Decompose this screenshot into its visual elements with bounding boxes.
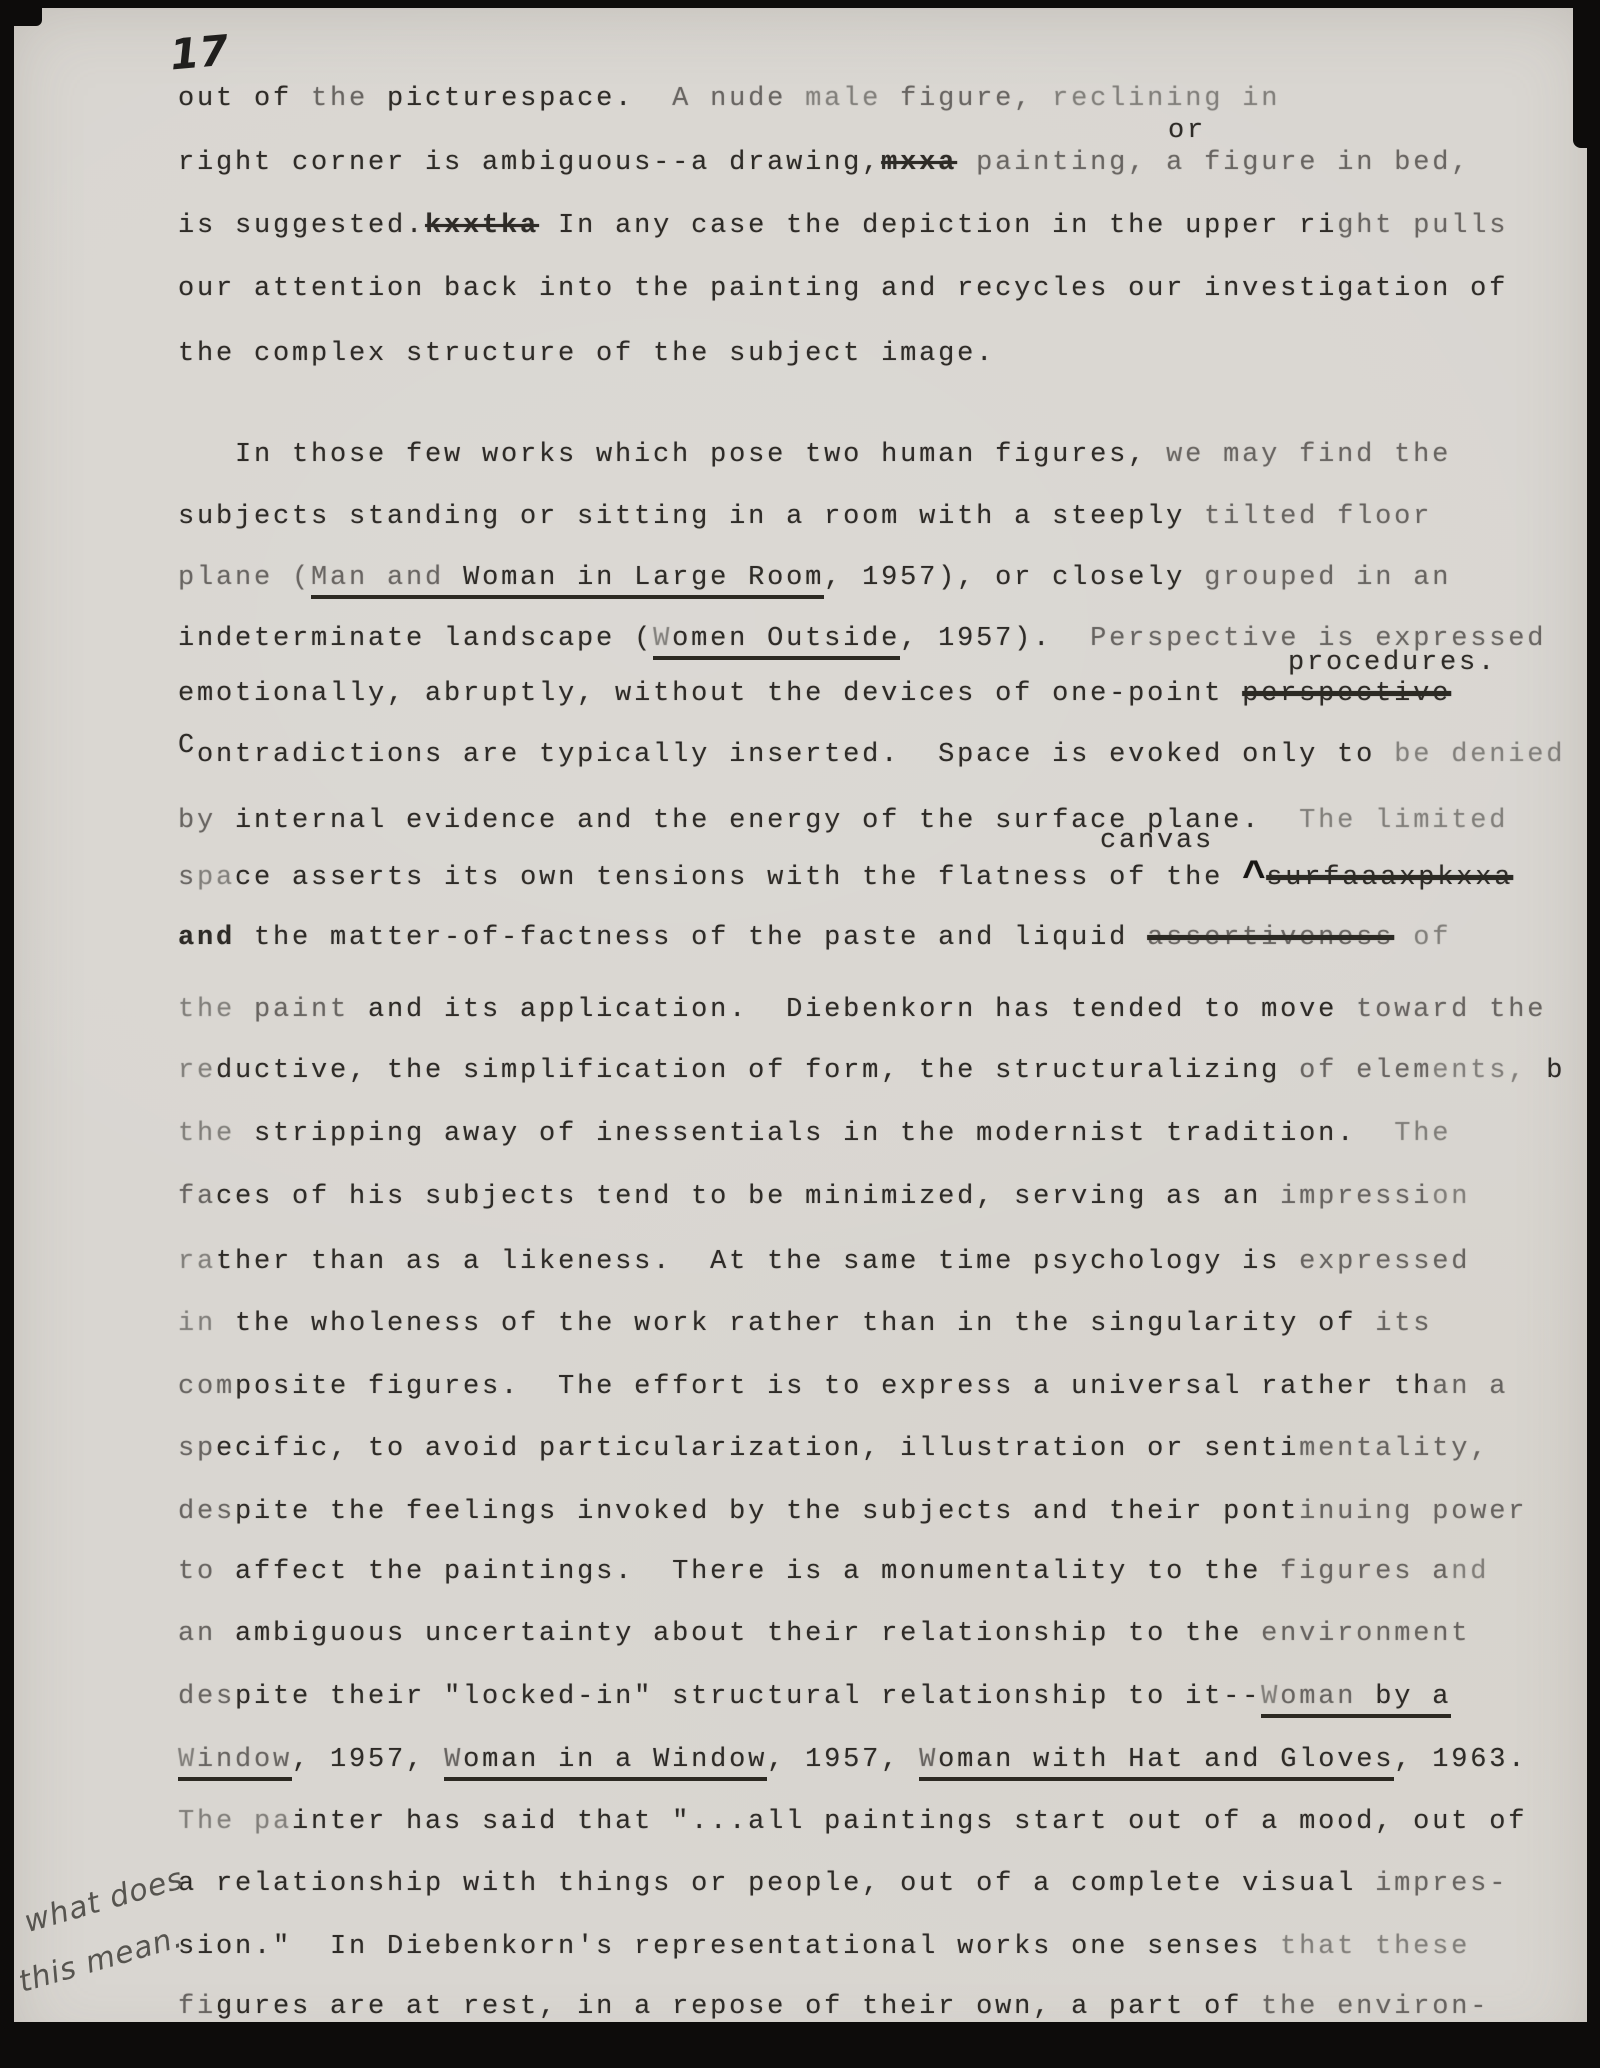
typed-segment: figures a [1280, 1557, 1451, 1587]
typed-line: the paint and its application. Diebenkor… [178, 995, 1546, 1025]
typed-segment: figure, [900, 84, 1052, 114]
typed-segment: In those few works which pose two human … [235, 440, 1166, 470]
typed-line: despite the feelings invoked by the subj… [178, 1497, 1527, 1527]
margin-note: what does this mean. [18, 1852, 206, 2005]
typed-segment: W [919, 1745, 938, 1781]
scan-border-bottom [0, 2022, 1600, 2068]
typed-segment: ductive, the simplification of form, the… [216, 1056, 1299, 1086]
typed-segment: s [178, 863, 197, 893]
typed-segment: the environ- [1261, 1992, 1489, 2022]
typed-segment: canvas [1100, 826, 1214, 856]
page-number: 17 [168, 26, 231, 80]
typed-segment: impressi [1280, 1182, 1432, 1212]
typed-segment: an a [1432, 1372, 1508, 1402]
typed-segment: W [1261, 1682, 1280, 1718]
typed-segment: W [444, 1745, 463, 1781]
typed-segment: and [178, 923, 235, 953]
typed-segment: re [178, 1056, 216, 1086]
typed-segment: stripping away of inessentials in the mo… [235, 1119, 1394, 1149]
typed-segment: In any case the depiction in the upper r… [539, 211, 1337, 241]
typed-segment: ther than as a likeness. At the same tim… [216, 1247, 1299, 1277]
typed-segment: , 1963. [1394, 1745, 1527, 1775]
scan-corner-top-left [0, 0, 42, 26]
typed-segment: The [178, 1807, 254, 1837]
typed-line: an ambiguous uncertainty about their rel… [178, 1619, 1470, 1649]
typed-segment: the [311, 84, 387, 114]
typed-segment: the complex structure of the subject ima… [178, 339, 995, 369]
typed-segment: pite the feelings invoked by the subject… [235, 1497, 1299, 1527]
typed-segment: assertiveness [1147, 923, 1394, 953]
typed-line: reductive, the simplification of form, t… [178, 1056, 1565, 1086]
typed-segment: affect the paintings. There is a monumen… [216, 1557, 1280, 1587]
typed-segment: toward the [1356, 995, 1546, 1025]
typed-line: and the matter-of-factness of the paste … [178, 923, 1451, 953]
typed-segment: paint [254, 995, 349, 1025]
typed-line: the stripping away of inessentials in th… [178, 1119, 1451, 1149]
typed-segment: fi [178, 1992, 216, 2022]
typed-segment: indow [197, 1745, 292, 1781]
typed-segment: sion." In Diebenkorn's representational … [178, 1932, 1280, 1962]
typed-segment: W [178, 1745, 197, 1781]
typed-segment: C [178, 731, 197, 761]
typed-segment: sp [178, 1434, 216, 1464]
typed-segment: to [178, 1557, 216, 1587]
typed-segment: inter has said that "...all paintings st… [292, 1807, 1527, 1837]
typed-segment: tilted floor [1204, 502, 1432, 532]
typed-line: in the wholeness of the work rather than… [178, 1309, 1432, 1339]
typed-segment: power [1432, 1497, 1527, 1527]
typed-segment: des [178, 1497, 235, 1527]
typed-segment: expressed [1299, 1247, 1470, 1277]
typed-segment: oman in a Window [463, 1745, 767, 1781]
typed-segment: omen Outside [672, 624, 900, 660]
typed-segment: and its application. Diebenkorn has tend… [349, 995, 1356, 1025]
typed-line: Contradictions are typically inserted. S… [178, 740, 1565, 770]
typed-line: The painter has said that "...all painti… [178, 1807, 1527, 1837]
typed-segment: mentality, [1299, 1434, 1489, 1464]
typed-line: plane (Man and Woman in Large Room, 1957… [178, 563, 1451, 593]
typed-segment: the [178, 1119, 235, 1149]
typed-segment: the wholeness of the work rather than in… [216, 1309, 1375, 1339]
typed-segment: of [1394, 923, 1451, 953]
typed-segment: , a figure in bed, [1128, 148, 1470, 178]
typed-segment: our attention back into the painting and… [178, 274, 1508, 304]
typed-segment: The [1394, 1119, 1451, 1149]
typed-segment: Woman in Large Room [463, 563, 824, 599]
typed-segment: ra [178, 1247, 216, 1277]
typed-line: to affect the paintings. There is a monu… [178, 1557, 1489, 1587]
typed-segment: of elem [1299, 1056, 1432, 1086]
typed-segment: in [178, 1309, 216, 1339]
typed-segment: plane ( [178, 563, 311, 593]
typed-segment: Man and [311, 563, 463, 599]
typed-segment: oman [1280, 1682, 1356, 1718]
typed-segment: surfaaaxpkxxa [1266, 863, 1513, 893]
typed-segment: ambiguous uncertainty about their relati… [216, 1619, 1261, 1649]
typed-segment: ecific, to avoid particularization, illu… [216, 1434, 1299, 1464]
typed-segment: pite their "locked-in" structural relati… [235, 1682, 1261, 1712]
typed-segment: right corner is ambiguous--a drawing, [178, 148, 881, 178]
typed-segment: by [178, 806, 216, 836]
scan-border-left [0, 0, 14, 2068]
typed-line: Window, 1957, Woman in a Window, 1957, W… [178, 1745, 1527, 1775]
typed-line: space asserts its own tensions with the … [178, 860, 1513, 893]
typed-segment: be denied [1394, 740, 1565, 770]
typed-line: subjects standing or sitting in a room w… [178, 502, 1432, 532]
typed-line: our attention back into the painting and… [178, 274, 1508, 304]
typed-segment: ^ [1242, 856, 1266, 901]
typed-segment: impres- [1375, 1869, 1508, 1899]
typed-segment: the matter-of-factness of the paste and … [235, 923, 1147, 953]
scan-border-top [0, 0, 1600, 8]
typed-segment: a relationship with things or people, ou… [178, 1869, 1375, 1899]
typed-segment: male [805, 84, 900, 114]
typed-segment: posite figures. The effort is to express… [235, 1372, 1432, 1402]
typed-segment: , 1957, [292, 1745, 444, 1775]
typed-line: a relationship with things or people, ou… [178, 1869, 1508, 1899]
scanned-typescript-page: 17 out of the picturespace. A nude male … [0, 0, 1600, 2068]
typed-segment: perspective [1242, 679, 1451, 709]
typed-segment: ces of his subjects tend to be minimized… [216, 1182, 1280, 1212]
scan-border-right [1587, 0, 1600, 2068]
typed-segment: mxxa [881, 148, 957, 178]
typed-segment: ce asserts its own tensions with the fla… [235, 863, 1242, 893]
typed-line: despite their "locked-in" structural rel… [178, 1682, 1451, 1712]
typed-segment: reclining in [1052, 84, 1280, 114]
typed-segment: picturespace. [387, 84, 672, 114]
typed-line: sion." In Diebenkorn's representational … [178, 1932, 1470, 1962]
typed-line: composite figures. The effort is to expr… [178, 1372, 1508, 1402]
typed-insertion: or [1168, 116, 1206, 146]
typed-segment: pa [197, 863, 235, 893]
typed-line: right corner is ambiguous--a drawing,mxx… [178, 148, 1470, 178]
typed-line: specific, to avoid particularization, il… [178, 1434, 1489, 1464]
typed-line: out of the picturespace. A nude male fig… [178, 84, 1280, 114]
typed-segment: the [178, 995, 254, 1025]
typed-segment: des [178, 1682, 235, 1712]
typed-segment: or [1168, 116, 1206, 146]
typed-line: is suggested.kxxtka In any case the depi… [178, 211, 1508, 241]
typed-line: In those few works which pose two human … [235, 440, 1451, 470]
typed-segment: A nude [672, 84, 805, 114]
typed-segment: grouped in an [1204, 563, 1451, 593]
typed-segment: indeterminate landscape ( [178, 624, 653, 654]
scan-corner-top-right [1573, 0, 1600, 148]
typed-segment: environment [1261, 1619, 1470, 1649]
typed-segment: an [178, 1619, 216, 1649]
typed-segment: by a [1356, 1682, 1451, 1718]
typed-insertion: procedures. [1288, 648, 1497, 678]
typed-segment [957, 148, 976, 178]
typed-segment: painting [976, 148, 1128, 178]
typed-segment: ght pulls [1337, 211, 1508, 241]
typed-segment: gures are at rest, in a repose of their … [216, 1992, 1261, 2022]
typed-line: by internal evidence and the energy of t… [178, 806, 1508, 836]
typed-segment: that these [1280, 1932, 1470, 1962]
typed-segment: subjects standing or sitting in a room w… [178, 502, 1204, 532]
typed-segment: pa [254, 1807, 292, 1837]
typed-segment: inuing [1299, 1497, 1432, 1527]
typed-segment: kxxtka [425, 211, 539, 241]
typed-segment: is suggested. [178, 211, 425, 241]
typed-segment: on [1432, 1182, 1470, 1212]
typed-segment: The limited [1299, 806, 1508, 836]
typed-segment: b [1527, 1056, 1565, 1086]
typed-line: rather than as a likeness. At the same t… [178, 1247, 1470, 1277]
typed-segment: we may find the [1166, 440, 1451, 470]
typed-segment: nd [1451, 1557, 1489, 1587]
typed-segment: , 1957), or closely [824, 563, 1204, 593]
typed-line: faces of his subjects tend to be minimiz… [178, 1182, 1470, 1212]
typed-line: emotionally, abruptly, without the devic… [178, 679, 1451, 709]
typed-segment: oman with Hat and Gloves [938, 1745, 1394, 1781]
typed-segment: procedures. [1288, 648, 1497, 678]
typed-insertion: canvas [1100, 826, 1214, 856]
typed-segment: fa [178, 1182, 216, 1212]
typed-segment: ontradictions are typically inserted. Sp… [197, 740, 1394, 770]
typed-segment: emotionally, abruptly, without the devic… [178, 679, 1242, 709]
typed-segment: its [1375, 1309, 1432, 1339]
typed-segment: , 1957, [767, 1745, 919, 1775]
typed-segment: , 1957). [900, 624, 1090, 654]
typed-line: the complex structure of the subject ima… [178, 339, 995, 369]
typed-line: figures are at rest, in a repose of thei… [178, 1992, 1489, 2022]
typed-segment: ents, [1432, 1056, 1527, 1086]
typed-segment: out of [178, 84, 311, 114]
typed-segment: W [653, 624, 672, 660]
typed-segment: com [178, 1372, 235, 1402]
